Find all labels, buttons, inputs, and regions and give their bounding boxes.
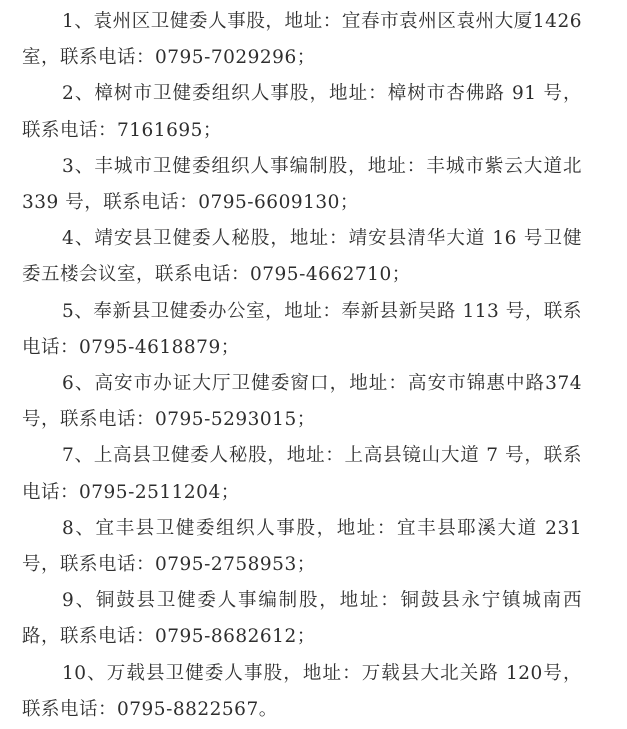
contact-item-10: 10、万载县卫健委人事股，地址：万载县大北关路 120号，联系电话：0795-8… <box>22 656 582 728</box>
contact-item-5: 5、奉新县卫健委办公室，地址：奉新县新吴路 113 号，联系电话：0795-46… <box>22 294 582 366</box>
contact-item-4: 4、靖安县卫健委人秘股，地址：靖安县清华大道 16 号卫健委五楼会议室，联系电话… <box>22 221 582 293</box>
contact-item-6: 6、高安市办证大厅卫健委窗口，地址：高安市锦惠中路374 号，联系电话：0795… <box>22 366 582 438</box>
contact-item-3: 3、丰城市卫健委组织人事编制股，地址：丰城市紫云大道北 339 号，联系电话：0… <box>22 149 582 221</box>
contact-item-8: 8、宜丰县卫健委组织人事股，地址：宜丰县耶溪大道 231号，联系电话：0795-… <box>22 511 582 583</box>
contact-list-document: 1、袁州区卫健委人事股，地址：宜春市袁州区袁州大厦1426 室，联系电话：079… <box>22 4 582 728</box>
contact-item-7: 7、上高县卫健委人秘股，地址：上高县镜山大道 7 号，联系电话：0795-251… <box>22 438 582 510</box>
contact-item-1: 1、袁州区卫健委人事股，地址：宜春市袁州区袁州大厦1426 室，联系电话：079… <box>22 4 582 76</box>
contact-item-2: 2、樟树市卫健委组织人事股，地址：樟树市杏佛路 91 号，联系电话：716169… <box>22 76 582 148</box>
contact-item-9: 9、铜鼓县卫健委人事编制股，地址：铜鼓县永宁镇城南西路，联系电话：0795-86… <box>22 583 582 655</box>
